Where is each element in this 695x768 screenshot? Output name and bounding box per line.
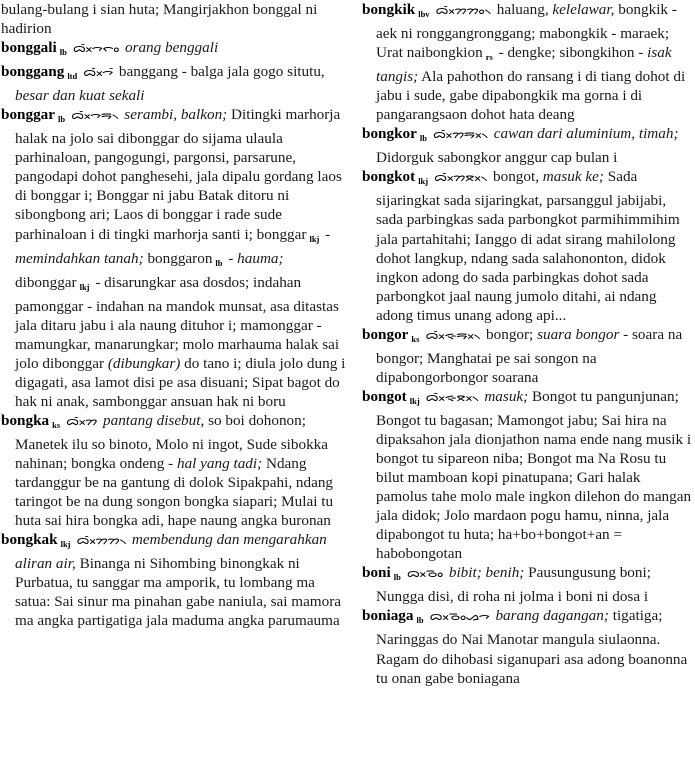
gloss: (dibungkar) — [108, 355, 181, 372]
grammar-tag: ltd — [67, 71, 77, 81]
batak-script: ᯅᯬᯰᯐᯬᯒ᯲ — [425, 328, 480, 342]
entry-bongkak: bongkaklkjᯅᯬᯰᯂᯂ᯲membendung dan mengarahk… — [1, 530, 351, 630]
definition: Bongot tu pangunjunan; Bongot tu bagasan… — [376, 388, 691, 562]
grammar-tag: lb — [417, 615, 424, 625]
batak-script: ᯅᯬᯰᯂᯂ᯲ — [77, 533, 126, 547]
headword: bonggang — [1, 63, 64, 80]
headword: bongkor — [362, 125, 417, 142]
headword: bongkot — [362, 168, 415, 185]
definition: dibonggar — [15, 274, 77, 291]
batak-script: ᯅᯬᯉᯪᯀᯎ — [430, 609, 490, 623]
grammar-tag: lb — [394, 572, 401, 582]
headword: bongkak — [1, 531, 58, 548]
grammar-tag: lkj — [80, 282, 90, 292]
grammar-tag: lkj — [410, 396, 420, 406]
headword: bongot — [362, 388, 407, 405]
batak-script: ᯅᯬᯉᯪ — [407, 566, 443, 580]
definition: haluang, — [497, 1, 553, 18]
definition: Ditingki marhorja halak na jolo sai dibo… — [15, 106, 342, 242]
gloss: orang benggali — [125, 39, 218, 56]
entry-bongot: bongotlkjᯅᯬᯰᯐᯬᯖ᯲masuk; Bongot tu pangunj… — [362, 387, 695, 563]
entry-bongka: bongkaksᯅᯬᯰᯂpantang disebut, so boi doho… — [1, 411, 351, 530]
headword: bonggali — [1, 39, 57, 56]
gloss: kelelawar, — [552, 1, 614, 18]
grammar-tag: lkj — [309, 234, 319, 244]
batak-script: ᯅᯬᯰᯂᯬᯖ᯲ — [434, 170, 487, 184]
batak-script: ᯅᯬᯰᯐᯬᯖ᯲ — [426, 390, 479, 404]
batak-script: ᯅᯬᯰᯂ — [66, 414, 97, 428]
batak-script: ᯅᯬᯰᯂᯪᯂ᯲ — [436, 3, 491, 17]
grammar-tag: lkj — [61, 539, 71, 549]
entry-bongkot: bongkotlkjᯅᯬᯰᯂᯬᯖ᯲bongot, masuk ke; Sada … — [362, 167, 695, 324]
gloss: memindahkan tanah; — [15, 250, 144, 267]
headword: boniaga — [362, 607, 414, 624]
grammar-tag: lb — [58, 114, 65, 124]
gloss: bibit; benih; — [449, 564, 525, 581]
grammar-tag: lb — [60, 47, 67, 57]
headword: boni — [362, 564, 391, 581]
headword: bonggar — [1, 106, 55, 123]
definition: bonggaron — [147, 250, 212, 267]
entry-bongkik: bongkiklbvᯅᯬᯰᯂᯪᯂ᯲haluang, kelelawar, bon… — [362, 0, 695, 124]
definition: Sada sijaringkat sada sijaringkat, parsa… — [376, 168, 680, 323]
grammar-tag: lbv — [418, 9, 429, 19]
right-column: bongkiklbvᯅᯬᯰᯂᯪᯂ᯲haluang, kelelawar, bon… — [362, 0, 695, 688]
definition: bongor; — [486, 326, 537, 343]
grammar-tag: ks — [52, 420, 60, 430]
entry-bongor: bongorksᯅᯬᯰᯐᯬᯒ᯲bongor; suara bongor - so… — [362, 325, 695, 387]
headword: bongkik — [362, 1, 415, 18]
batak-script: ᯅᯬᯰᯎᯞᯪ — [73, 41, 119, 55]
grammar-tag: ks — [411, 334, 419, 344]
batak-script: ᯅᯬᯰᯂᯬᯒ᯲ — [433, 127, 488, 141]
headword: bongor — [362, 326, 408, 343]
batak-script: ᯅᯬᯰᯎᯰ — [83, 65, 113, 79]
grammar-tag: lkj — [418, 176, 428, 186]
grammar-tag: lb — [215, 258, 222, 268]
gloss: suara bongor — [537, 326, 619, 343]
gloss: masuk; — [484, 388, 528, 405]
batak-script: ᯅᯬᯰᯎᯒ᯲ — [71, 108, 118, 122]
headword: bongka — [1, 412, 49, 429]
grammar-tag: rs — [486, 52, 493, 62]
grammar-tag: lb — [420, 133, 427, 143]
gloss: pantang disebut, — [103, 412, 204, 429]
entry-bonggar: bonggarlbᯅᯬᯰᯎᯒ᯲serambi, balkon; Ditingki… — [1, 105, 351, 411]
gloss: hal yang tadi; — [177, 455, 262, 472]
left-column: bulang-bulang i sian huta; Mangirjakhon … — [1, 0, 351, 630]
definition: - dengke; sibongkihon - — [495, 44, 647, 61]
gloss: masuk ke; — [543, 168, 604, 185]
entry-boniaga: boniagalbᯅᯬᯉᯪᯀᯎbarang dagangan; tigatiga… — [362, 606, 695, 687]
entry-bonggali: bonggalilbᯅᯬᯰᯎᯞᯪorang benggali — [1, 38, 351, 62]
continuation-text: bulang-bulang i sian huta; Mangirjakhon … — [1, 0, 351, 38]
gloss: cawan dari aluminium, timah; — [494, 125, 679, 142]
definition: bongot, — [493, 168, 543, 185]
definition: Didorguk sabongkor anggur cap bulan i — [376, 149, 617, 166]
definition: banggang - balga jala gogo situtu, — [119, 63, 325, 80]
entry-bonggang: bonggangltdᯅᯬᯰᯎᯰbanggang - balga jala go… — [1, 62, 351, 105]
gloss: besar dan kuat sekali — [15, 87, 145, 104]
gloss: barang dagangan; — [495, 607, 608, 624]
dictionary-page: bulang-bulang i sian huta; Mangirjakhon … — [0, 0, 695, 768]
gloss: serambi, balkon; — [124, 106, 227, 123]
definition: Ala pahothon do ransang i di tiang dohot… — [376, 68, 685, 123]
entry-bongkor: bongkorlbᯅᯬᯰᯂᯬᯒ᯲cawan dari aluminium, ti… — [362, 124, 695, 167]
gloss: hauma; — [237, 250, 283, 267]
entry-boni: bonilbᯅᯬᯉᯪbibit; benih; Pausungusung bon… — [362, 563, 695, 606]
